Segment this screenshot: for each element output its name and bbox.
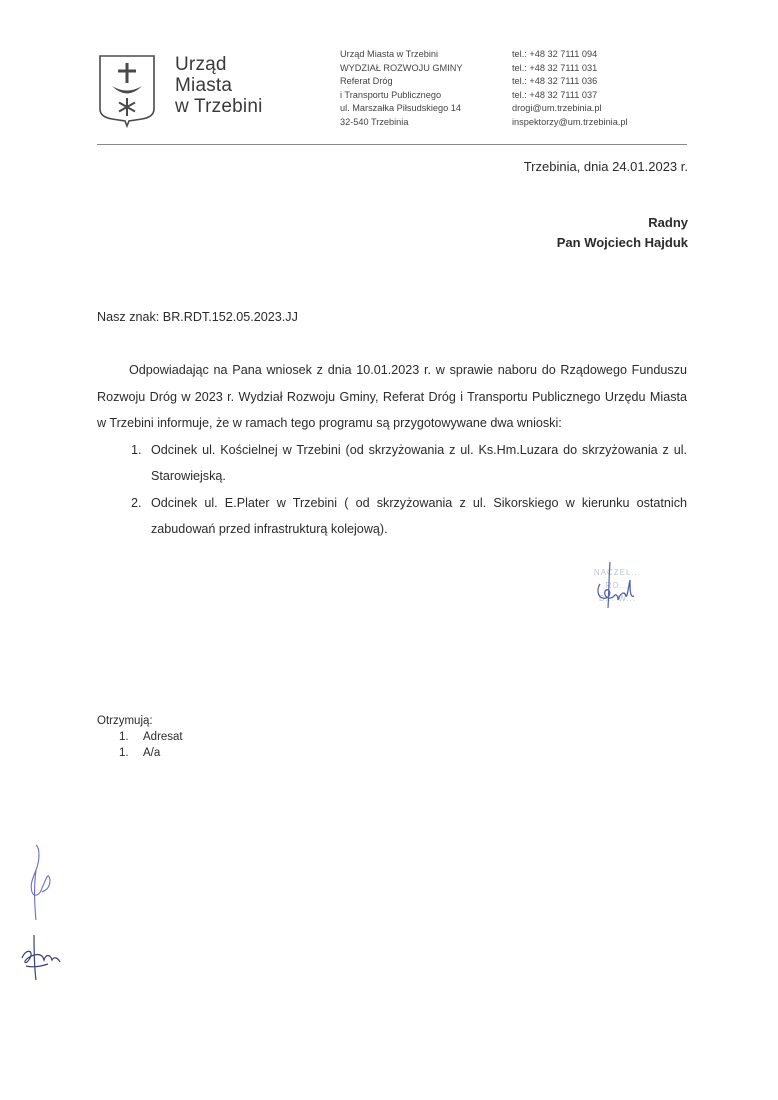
list-item: Odcinek ul. Kościelnej w Trzebini (od sk… xyxy=(145,437,687,490)
office-name-line: w Trzebini xyxy=(175,96,263,117)
recipient-title: Radny xyxy=(557,213,688,233)
address-line: Referat Dróg xyxy=(340,75,463,89)
signature-icon xyxy=(580,560,660,620)
item-number: 1. xyxy=(119,745,143,761)
letter-body: Odpowiadając na Pana wniosek z dnia 10.0… xyxy=(97,357,687,543)
margin-signatures-icon xyxy=(12,840,72,990)
phone-line: tel.: +48 32 7111 037 xyxy=(512,89,628,103)
email-line: drogi@um.trzebinia.pl xyxy=(512,102,628,116)
body-paragraph: Odpowiadając na Pana wniosek z dnia 10.0… xyxy=(97,357,687,437)
application-list: Odcinek ul. Kościelnej w Trzebini (od sk… xyxy=(97,437,687,543)
office-contacts: tel.: +48 32 7111 094 tel.: +48 32 7111 … xyxy=(512,48,628,130)
office-name-line: Urząd xyxy=(175,54,263,75)
recipient-item: 1.A/a xyxy=(97,745,183,761)
address-line: 32-540 Trzebinia xyxy=(340,116,463,130)
recipients-list: Otrzymują: 1.Adresat 1.A/a xyxy=(97,713,183,761)
address-line: Urząd Miasta w Trzebini xyxy=(340,48,463,62)
recipient-name: Pan Wojciech Hajduk xyxy=(557,233,688,253)
address-line: WYDZIAŁ ROZWOJU GMINY xyxy=(340,62,463,76)
coat-of-arms-icon xyxy=(97,53,157,129)
reference-number: Nasz znak: BR.RDT.152.05.2023.JJ xyxy=(97,310,298,324)
office-name-line: Miasta xyxy=(175,75,263,96)
list-item: Odcinek ul. E.Plater w Trzebini ( od skr… xyxy=(145,490,687,543)
header-divider xyxy=(97,144,687,145)
phone-line: tel.: +48 32 7111 036 xyxy=(512,75,628,89)
letter-date: Trzebinia, dnia 24.01.2023 r. xyxy=(524,159,688,174)
recipient-item: 1.Adresat xyxy=(97,729,183,745)
recipient-block: Radny Pan Wojciech Hajduk xyxy=(557,213,688,253)
address-line: i Transportu Publicznego xyxy=(340,89,463,103)
office-name: Urząd Miasta w Trzebini xyxy=(175,54,263,117)
phone-line: tel.: +48 32 7111 031 xyxy=(512,62,628,76)
phone-line: tel.: +48 32 7111 094 xyxy=(512,48,628,62)
item-label: Adresat xyxy=(143,731,183,743)
recipients-heading: Otrzymują: xyxy=(97,713,183,729)
address-line: ul. Marszałka Piłsudskiego 14 xyxy=(340,102,463,116)
office-address: Urząd Miasta w Trzebini WYDZIAŁ ROZWOJU … xyxy=(340,48,463,130)
item-label: A/a xyxy=(143,747,160,759)
recipients-items: 1.Adresat 1.A/a xyxy=(97,729,183,761)
item-number: 1. xyxy=(119,729,143,745)
email-line: inspektorzy@um.trzebinia.pl xyxy=(512,116,628,130)
